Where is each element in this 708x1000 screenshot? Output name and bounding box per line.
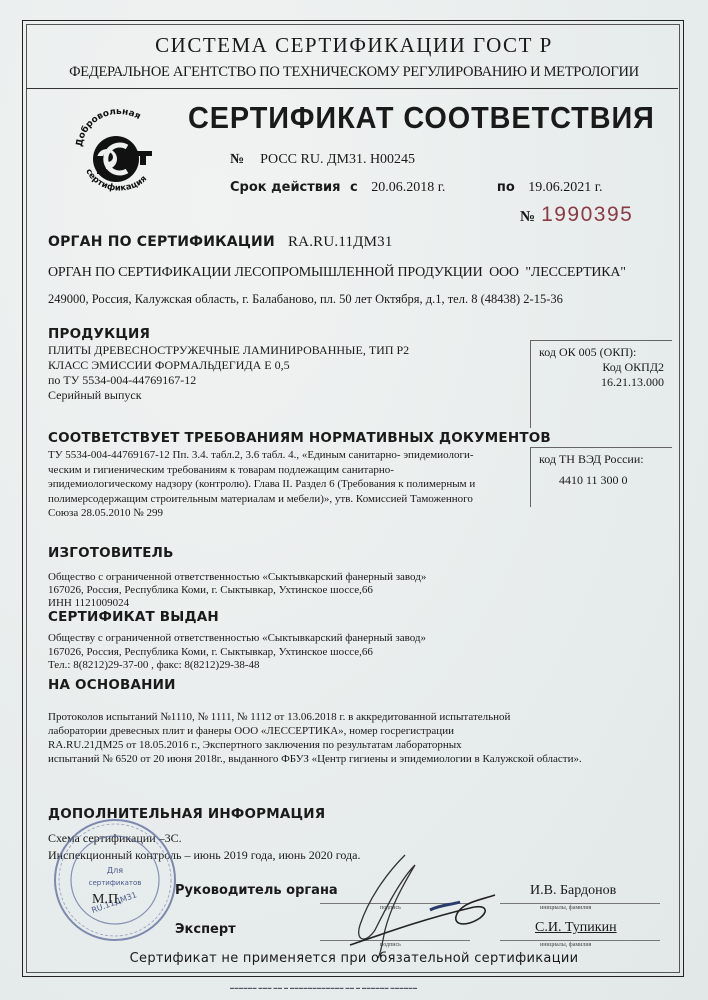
tnved-label: код ТН ВЭД России: — [539, 452, 672, 467]
compliance-line: ТУ 5534-004-44769167-12 Пп. 3.4. табл.2,… — [48, 448, 528, 463]
registration-number: №РОСС RU. ДМ31. Н00245 — [230, 152, 415, 168]
handwritten-signature-icon — [330, 850, 510, 960]
product-line: ПЛИТЫ ДРЕВЕСНОСТРУЖЕЧНЫЕ ЛАМИНИРОВАННЫЕ,… — [48, 343, 409, 358]
from-label: с — [350, 180, 358, 195]
issued-to-heading: СЕРТИФИКАТ ВЫДАН — [48, 609, 219, 625]
product-line: КЛАСС ЭМИССИИ ФОРМАЛЬДЕГИДА Е 0,5 — [48, 358, 409, 373]
valid-to: 19.06.2021 г. — [528, 180, 602, 195]
head-label: Руководитель органа — [175, 883, 338, 898]
svg-text:сертификатов: сертификатов — [89, 879, 142, 887]
compliance-text: ТУ 5534-004-44769167-12 Пп. 3.4. табл.2,… — [48, 448, 528, 521]
basis-line: лаборатории древесных плит и фанеры ООО … — [48, 724, 608, 738]
okp-code-box: код ОК 005 (ОКП): Код ОКПД2 16.21.13.000 — [530, 340, 672, 428]
head-name-caption: инициалы, фамилия — [540, 905, 591, 911]
to-label: по — [497, 180, 515, 195]
basis-text: Протоколов испытаний №1110, № 1111, № 11… — [48, 710, 608, 766]
manufacturer-heading: ИЗГОТОВИТЕЛЬ — [48, 545, 174, 561]
cert-body-heading: ОРГАН ПО СЕРТИФИКАЦИИ RA.RU.11ДМ31 — [48, 234, 393, 251]
head-name: И.В. Бардонов — [530, 883, 616, 899]
number-sign: № — [230, 152, 244, 167]
certificate-title: СЕРТИФИКАТ СООТВЕТСТВИЯ — [188, 100, 655, 136]
cert-body-name: ОРГАН ПО СЕРТИФИКАЦИИ ЛЕСОПРОМЫШЛЕННОЙ П… — [48, 265, 626, 281]
blank-number-sign: № — [520, 209, 535, 225]
okp-code-label: код ОК 005 (ОКП): — [539, 345, 672, 360]
basis-line: RA.RU.21ДМ25 от 18.05.2016 г., Экспертно… — [48, 738, 608, 752]
printer-imprint: ▬▬▬▬▬▬ ▬▬▬ ▬▬ ▬ ▬▬▬▬▬▬▬▬▬▬▬▬ ▬▬ ▬ ▬▬▬▬▬▬… — [230, 985, 418, 990]
footer-note: Сертификат не применяется при обязательн… — [0, 951, 708, 966]
compliance-line: эпидемиологическому надзору (контролю). … — [48, 477, 528, 492]
manufacturer-details: Общество с ограниченной ответственностью… — [48, 571, 426, 610]
header-divider — [26, 88, 678, 89]
tnved-code-box: код ТН ВЭД России: 4410 11 300 0 — [530, 447, 672, 507]
cert-body-label: ОРГАН ПО СЕРТИФИКАЦИИ — [48, 234, 275, 250]
compliance-line: ческим и гигиеническим требованиям к тов… — [48, 463, 528, 478]
manufacturer-line: 167026, Россия, Республика Коми, г. Сыкт… — [48, 584, 426, 597]
system-title: СИСТЕМА СЕРТИФИКАЦИИ ГОСТ Р — [0, 33, 708, 58]
cert-body-code: RA.RU.11ДМ31 — [288, 234, 393, 250]
product-line: Серийный выпуск — [48, 388, 409, 403]
issued-to-line: 167026, Россия, Республика Коми, г. Сыкт… — [48, 646, 426, 660]
expert-name-caption: инициалы, фамилия — [540, 942, 591, 948]
validity-period: Срок действия с 20.06.2018 г. по 19.06.2… — [230, 180, 650, 196]
certificate-sheet: СИСТЕМА СЕРТИФИКАЦИИ ГОСТ Р ФЕДЕРАЛЬНОЕ … — [0, 0, 708, 1000]
product-heading: ПРОДУКЦИЯ — [48, 326, 150, 342]
mp-label: М.П. — [92, 892, 122, 908]
compliance-line: Союза 28.05.2010 № 299 — [48, 506, 528, 521]
valid-from: 20.06.2018 г. — [371, 180, 445, 195]
blank-number: №1990395 — [520, 203, 633, 227]
tnved-value: 4410 11 300 0 — [539, 473, 672, 488]
issued-to-details: Обществу с ограниченной ответственностью… — [48, 632, 426, 673]
basis-line: Протоколов испытаний №1110, № 1111, № 11… — [48, 710, 608, 724]
expert-name: С.И. Тупикин — [535, 920, 617, 936]
cert-body-address: 249000, Россия, Калужская область, г. Ба… — [48, 292, 563, 307]
issued-to-line: Тел.: 8(8212)29-37-00 , факс: 8(8212)29-… — [48, 659, 426, 673]
official-stamp-icon: Для сертификатов RU.11ДМ31 — [50, 815, 180, 945]
expert-label: Эксперт — [175, 922, 236, 937]
issued-to-line: Обществу с ограниченной ответственностью… — [48, 632, 426, 646]
okpd2-label: Код ОКПД2 — [539, 360, 672, 375]
product-line: по ТУ 5534-004-44769167-12 — [48, 373, 409, 388]
rst-voluntary-certification-logo-icon: Добровольная сертификация — [70, 107, 166, 197]
product-description: ПЛИТЫ ДРЕВЕСНОСТРУЖЕЧНЫЕ ЛАМИНИРОВАННЫЕ,… — [48, 343, 409, 403]
compliance-heading: СООТВЕТСТВУЕТ ТРЕБОВАНИЯМ НОРМАТИВНЫХ ДО… — [48, 430, 551, 446]
basis-heading: НА ОСНОВАНИИ — [48, 677, 176, 693]
svg-text:Для: Для — [107, 866, 123, 875]
expert-name-line — [500, 940, 660, 941]
okpd2-value: 16.21.13.000 — [539, 375, 672, 390]
manufacturer-line: Общество с ограниченной ответственностью… — [48, 571, 426, 584]
validity-label: Срок действия — [230, 180, 340, 195]
agency-title: ФЕДЕРАЛЬНОЕ АГЕНТСТВО ПО ТЕХНИЧЕСКОМУ РЕ… — [0, 64, 708, 81]
head-name-line — [500, 903, 660, 904]
registration-number-value: РОСС RU. ДМ31. Н00245 — [260, 152, 415, 167]
basis-line: испытаний № 6520 от 20 июня 2018г., выда… — [48, 752, 608, 766]
compliance-line: полимерсодержащим строительным материала… — [48, 492, 528, 507]
blank-number-value: 1990395 — [541, 203, 633, 226]
